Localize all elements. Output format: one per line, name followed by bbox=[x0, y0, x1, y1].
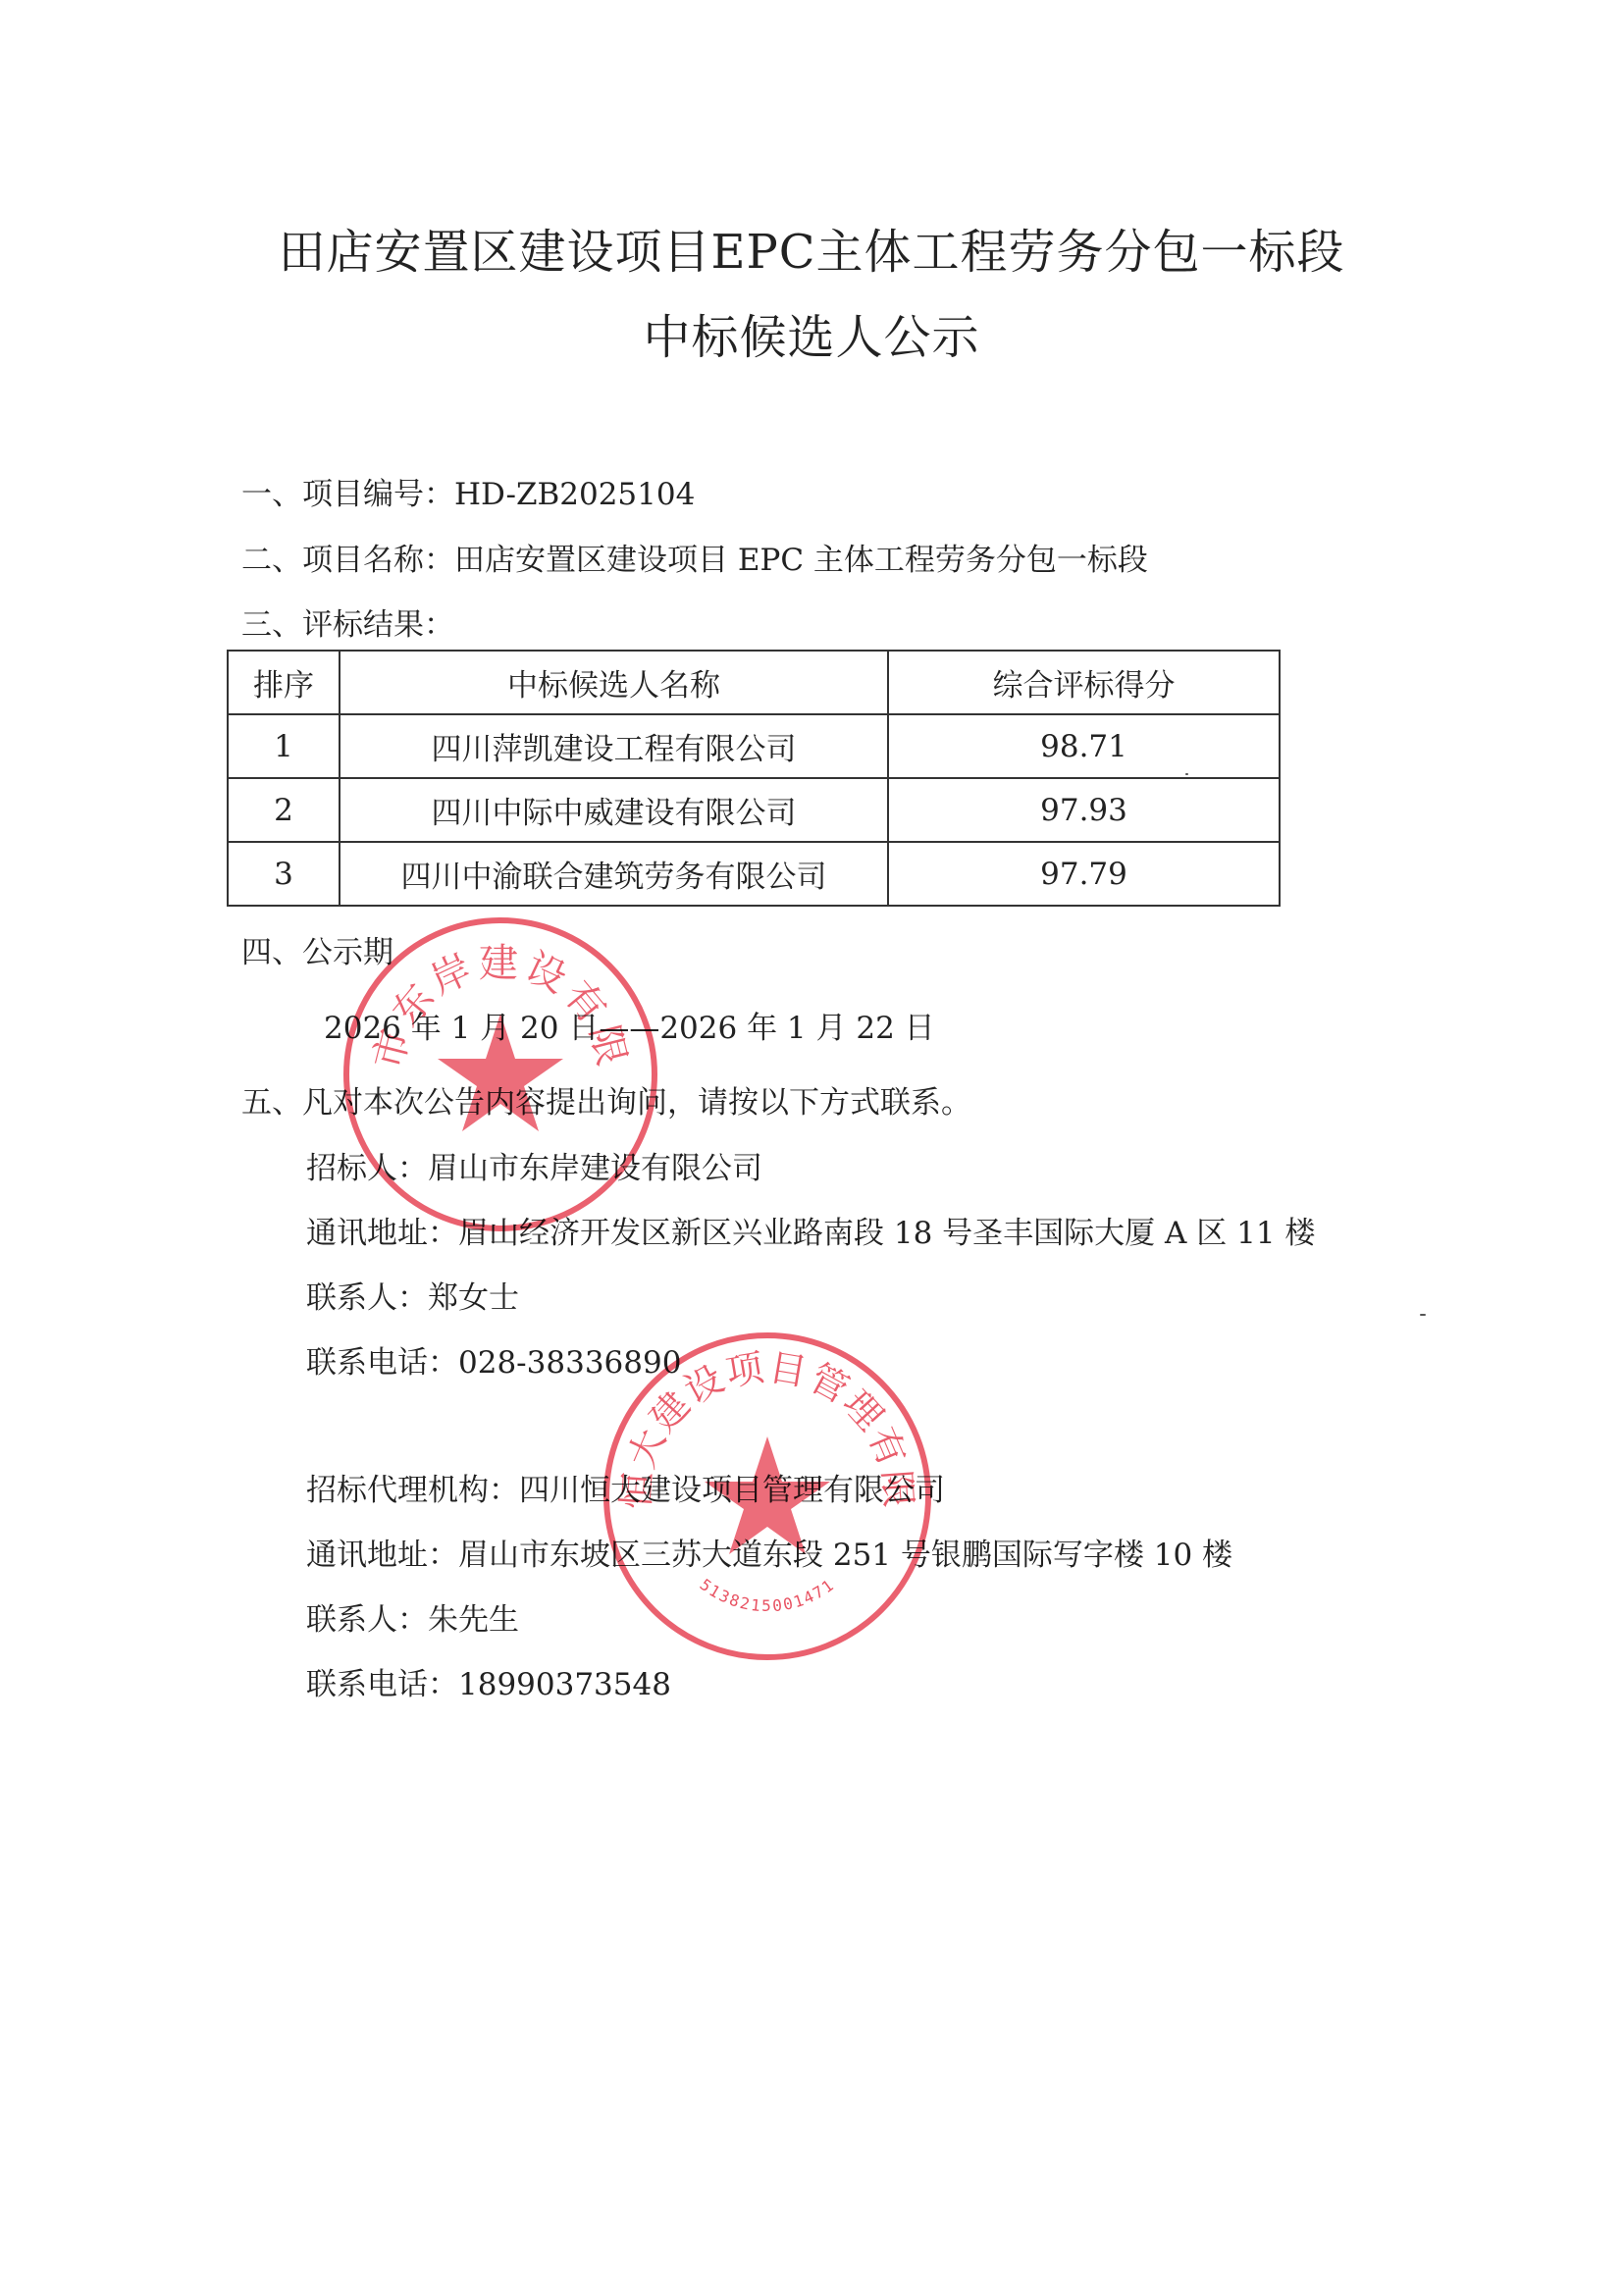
agency-address-label: 通讯地址： bbox=[306, 1538, 458, 1573]
project-number-label: 一、项目编号： bbox=[241, 477, 454, 512]
tenderer-address: 眉山经济开发区新区兴业路南段 18 号圣丰国际大厦 A 区 11 楼 bbox=[458, 1216, 1315, 1251]
svg-text:5138215001471: 5138215001471 bbox=[697, 1575, 839, 1615]
table-header-row: 排序 中标候选人名称 综合评标得分 bbox=[228, 651, 1280, 714]
row-score: 98.71 bbox=[888, 714, 1280, 778]
table-row: 1 四川萍凯建设工程有限公司 98.71 bbox=[228, 714, 1280, 778]
document-title-line1: 田店安置区建设项目EPC主体工程劳务分包一标段 bbox=[0, 214, 1623, 282]
agency-name-line: 招标代理机构：四川恒大建设项目管理有限公司 bbox=[306, 1465, 945, 1509]
scan-speck bbox=[1185, 773, 1188, 775]
tenderer-phone-label: 联系电话： bbox=[306, 1345, 458, 1381]
table-row: 2 四川中际中威建设有限公司 97.93 bbox=[228, 778, 1280, 842]
publicity-period-dates: 2026 年 1 月 20 日——2026 年 1 月 22 日 bbox=[324, 1003, 935, 1047]
table-row: 3 四川中渝联合建筑劳务有限公司 97.79 bbox=[228, 842, 1280, 906]
agency-address-line: 通讯地址：眉山市东坡区三苏大道东段 251 号银鹏国际写字楼 10 楼 bbox=[306, 1530, 1232, 1574]
row-rank: 2 bbox=[228, 778, 340, 842]
tenderer-name-line: 招标人：眉山市东岸建设有限公司 bbox=[306, 1143, 762, 1187]
agency-phone-line: 联系电话：18990373548 bbox=[306, 1659, 671, 1703]
agency-contact-line: 联系人：朱先生 bbox=[306, 1594, 519, 1639]
header-score: 综合评标得分 bbox=[888, 651, 1280, 714]
tenderer-phone: 028-38336890 bbox=[458, 1345, 681, 1381]
row-rank: 3 bbox=[228, 842, 340, 906]
tenderer-contact-label: 联系人： bbox=[306, 1280, 428, 1316]
row-candidate-name: 四川萍凯建设工程有限公司 bbox=[340, 714, 888, 778]
project-name-value: 田店安置区建设项目 EPC 主体工程劳务分包一标段 bbox=[454, 543, 1148, 578]
document-title-line2: 中标候选人公示 bbox=[0, 299, 1623, 367]
results-table: 排序 中标候选人名称 综合评标得分 1 四川萍凯建设工程有限公司 98.71 2… bbox=[227, 650, 1281, 907]
row-rank: 1 bbox=[228, 714, 340, 778]
tenderer-address-label: 通讯地址： bbox=[306, 1216, 458, 1251]
agency-contact: 朱先生 bbox=[428, 1602, 519, 1638]
publicity-period-heading: 四、公示期 bbox=[241, 927, 393, 971]
tenderer-contact: 郑女士 bbox=[428, 1280, 519, 1316]
row-score: 97.93 bbox=[888, 778, 1280, 842]
tenderer-phone-line: 联系电话：028-38336890 bbox=[306, 1337, 681, 1382]
agency-name: 四川恒大建设项目管理有限公司 bbox=[519, 1473, 945, 1508]
header-candidate-name: 中标候选人名称 bbox=[340, 651, 888, 714]
evaluation-result-heading: 三、评标结果： bbox=[241, 600, 454, 644]
agency-contact-label: 联系人： bbox=[306, 1602, 428, 1638]
scan-speck bbox=[1420, 1314, 1426, 1316]
tenderer-name-label: 招标人： bbox=[306, 1151, 428, 1186]
agency-name-label: 招标代理机构： bbox=[306, 1473, 519, 1508]
project-name-label: 二、项目名称： bbox=[241, 543, 454, 578]
agency-phone-label: 联系电话： bbox=[306, 1667, 458, 1702]
row-candidate-name: 四川中际中威建设有限公司 bbox=[340, 778, 888, 842]
row-score: 97.79 bbox=[888, 842, 1280, 906]
header-rank: 排序 bbox=[228, 651, 340, 714]
agency-phone: 18990373548 bbox=[458, 1667, 671, 1702]
project-number-value: HD-ZB2025104 bbox=[454, 477, 695, 512]
project-name-line: 二、项目名称：田店安置区建设项目 EPC 主体工程劳务分包一标段 bbox=[241, 535, 1148, 579]
row-candidate-name: 四川中渝联合建筑劳务有限公司 bbox=[340, 842, 888, 906]
agency-address: 眉山市东坡区三苏大道东段 251 号银鹏国际写字楼 10 楼 bbox=[458, 1538, 1232, 1573]
tenderer-name: 眉山市东岸建设有限公司 bbox=[428, 1151, 762, 1186]
tenderer-contact-line: 联系人：郑女士 bbox=[306, 1273, 519, 1317]
contact-heading: 五、凡对本次公告内容提出询问，请按以下方式联系。 bbox=[241, 1077, 971, 1122]
project-number-line: 一、项目编号：HD-ZB2025104 bbox=[241, 469, 695, 513]
tenderer-address-line: 通讯地址：眉山经济开发区新区兴业路南段 18 号圣丰国际大厦 A 区 11 楼 bbox=[306, 1208, 1315, 1252]
